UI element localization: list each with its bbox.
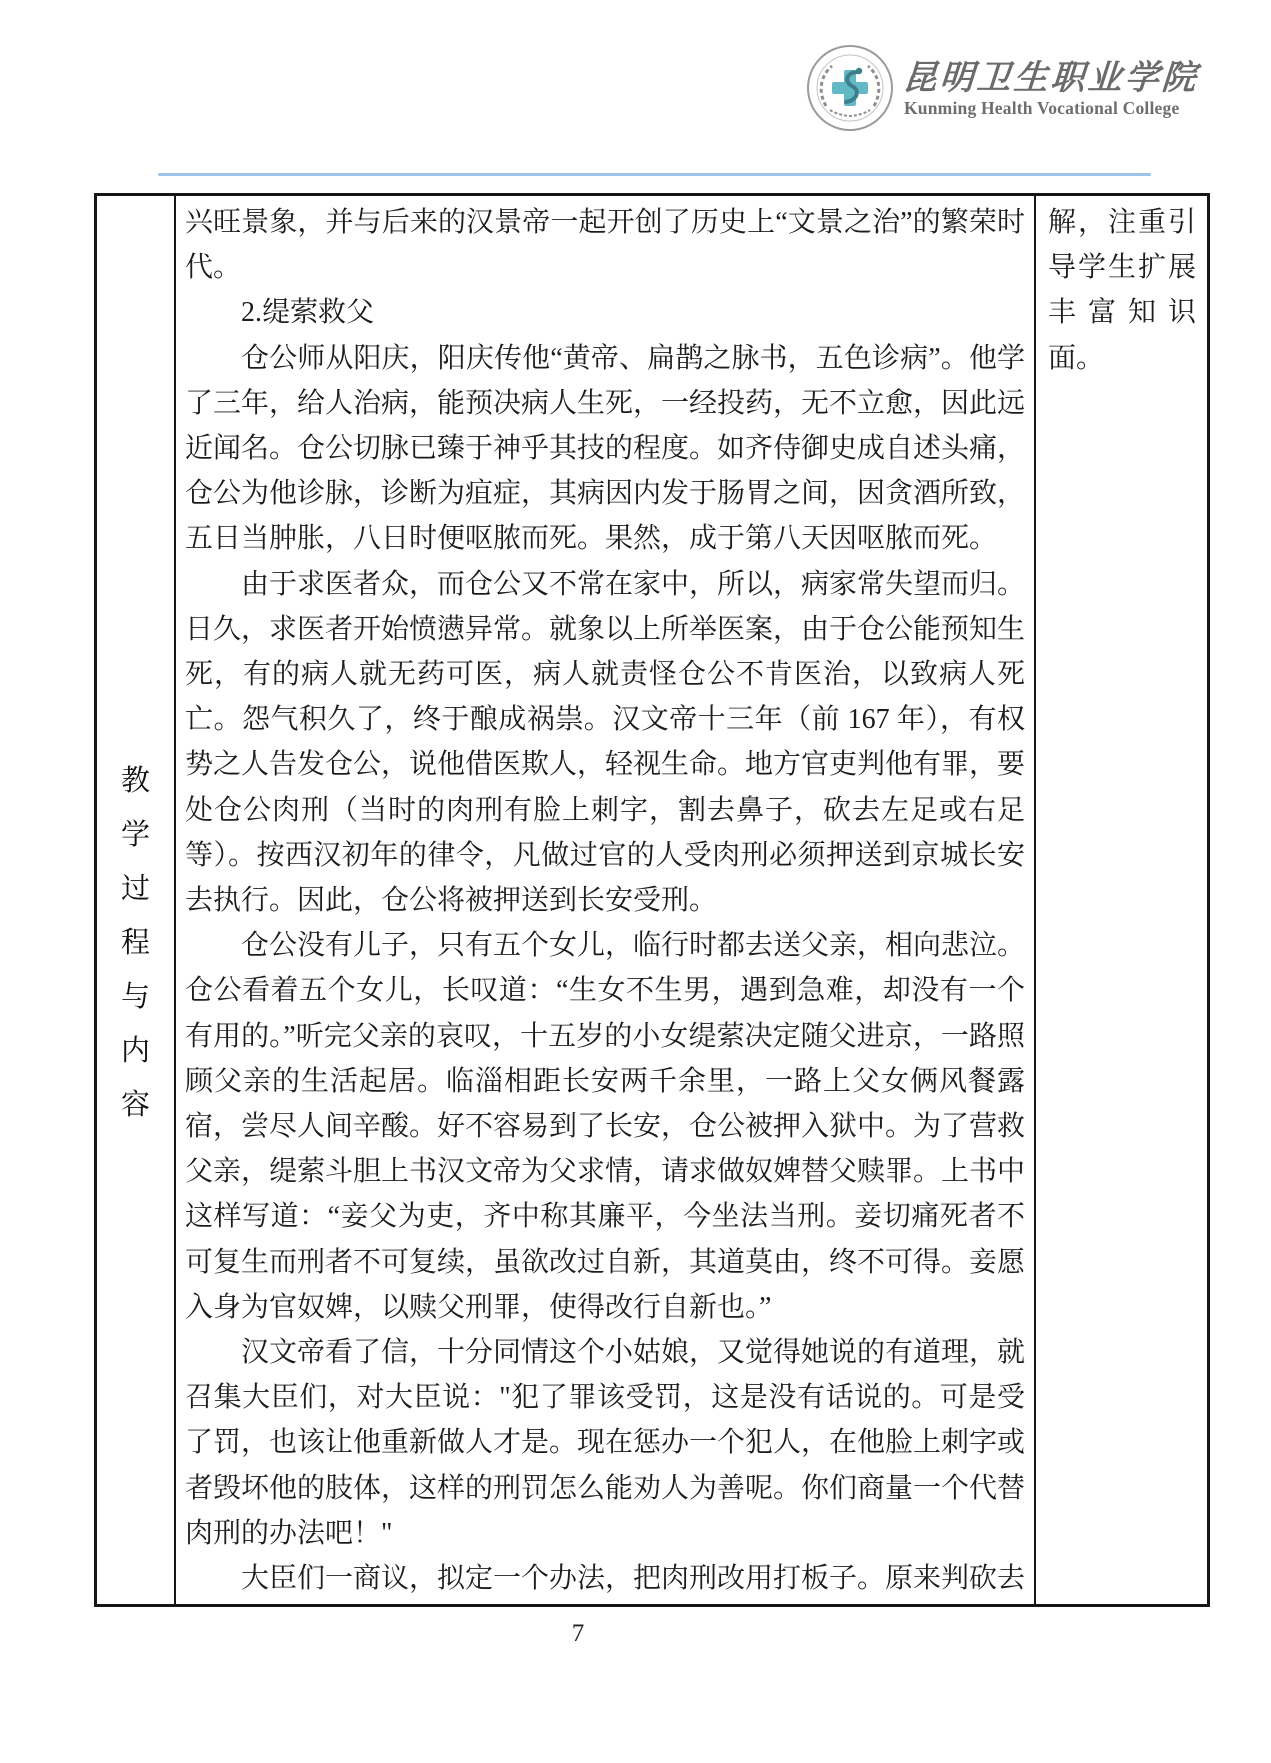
- row-header-char: 过: [121, 866, 150, 907]
- content-cell: 兴旺景象，并与后来的汉景帝一起开创了历史上“文景之治”的繁荣时代。2.缇萦救父仓…: [176, 196, 1036, 1604]
- row-header-char: 学: [121, 812, 150, 853]
- row-header-char: 容: [121, 1082, 150, 1123]
- content-paragraph: 汉文帝看了信，十分同情这个小姑娘，又觉得她说的有道理，就召集大臣们，对大臣说："…: [185, 1330, 1025, 1556]
- college-seal-logo: [806, 44, 894, 132]
- content-paragraph: 仓公没有儿子，只有五个女儿，临行时都去送父亲，相向悲泣。仓公看着五个女儿，长叹道…: [185, 923, 1025, 1330]
- row-header-char: 与: [121, 974, 150, 1015]
- content-paragraph: 仓公师从阳庆，阳庆传他“黄帝、扁鹊之脉书，五色诊病”。他学了三年，给人治病，能预…: [185, 336, 1025, 562]
- content-paragraph: 2.缇萦救父: [185, 290, 1025, 335]
- page-number: 7: [566, 1620, 590, 1648]
- document-page: 昆明卫生职业学院 Kunming Health Vocational Colle…: [0, 0, 1271, 1763]
- notes-cell: 解，注重引导学生扩展丰富知识面。: [1036, 196, 1207, 1604]
- college-name-zh: 昆明卫生职业学院: [901, 50, 1204, 99]
- content-paragraph: 大臣们一商议，拟定一个办法，把肉刑改用打板子。原来判砍去脚: [185, 1556, 1025, 1604]
- content-paragraph: 兴旺景象，并与后来的汉景帝一起开创了历史上“文景之治”的繁荣时代。: [185, 200, 1025, 290]
- lesson-plan-table: 教学过程与内容 兴旺景象，并与后来的汉景帝一起开创了历史上“文景之治”的繁荣时代…: [94, 193, 1210, 1607]
- row-header-char: 教: [121, 758, 150, 799]
- college-seal-icon: [806, 44, 894, 132]
- header-divider-line: [158, 173, 1151, 176]
- row-header-char: 内: [121, 1028, 150, 1069]
- college-name-en: Kunming Health Vocational College: [904, 98, 1204, 119]
- row-header-char: 程: [121, 920, 150, 961]
- row-header-cell-chars: 教学过程与内容: [97, 196, 176, 1604]
- content-paragraph: 由于求医者众，而仓公又不常在家中，所以，病家常失望而归。日久，求医者开始愤懑异常…: [185, 562, 1025, 924]
